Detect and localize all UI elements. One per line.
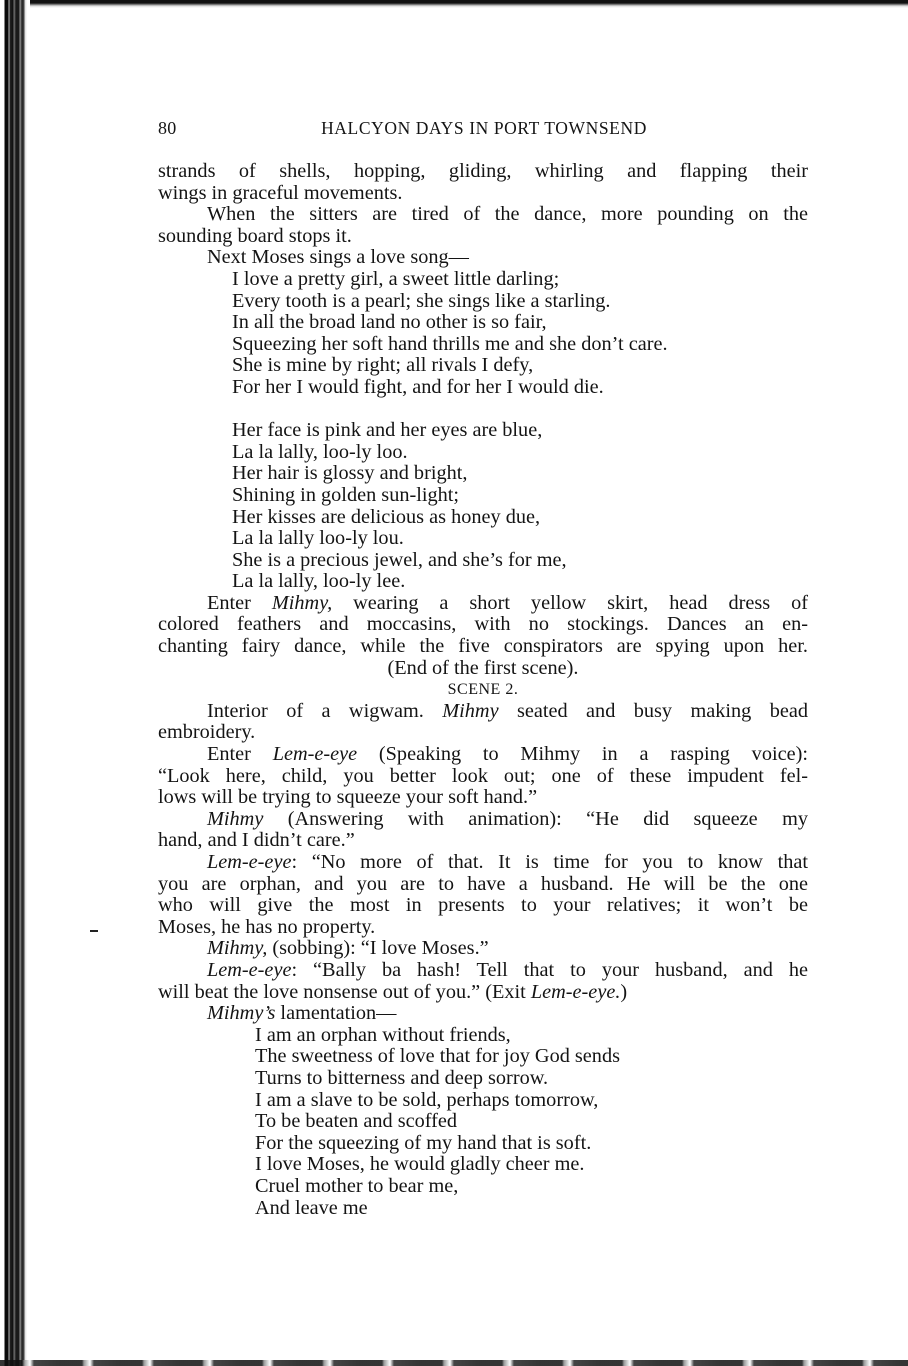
text-run: (Answering with animation): “He did sque… bbox=[263, 808, 808, 830]
text-run: wearing a short yellow skirt, head dress… bbox=[332, 592, 808, 614]
page-body: strands of shells, hopping, gliding, whi… bbox=[158, 161, 808, 1219]
character-name: Mihmy, bbox=[207, 937, 267, 959]
text-run: seated and busy making bead bbox=[499, 700, 808, 722]
verse-line: I am an orphan without friends, bbox=[158, 1025, 808, 1047]
verse-line: Her kisses are delicious as honey due, bbox=[158, 507, 808, 529]
text-line: Enter Lem-e-eye (Speaking to Mihmy in a … bbox=[158, 744, 808, 766]
text-run: Enter bbox=[207, 592, 272, 614]
running-head: 80 HALCYON DAYS IN PORT TOWNSEND bbox=[158, 118, 810, 142]
text-run: : “No more of that. It is time for you t… bbox=[291, 851, 808, 873]
text-line: you are orphan, and you are to have a hu… bbox=[158, 874, 808, 896]
verse-line: I love a pretty girl, a sweet little dar… bbox=[158, 269, 808, 291]
character-name: Lem-e-eye bbox=[207, 959, 291, 981]
verse-line: In all the broad land no other is so fai… bbox=[158, 312, 808, 334]
verse-line: I love Moses, he would gladly cheer me. bbox=[158, 1154, 808, 1176]
scan-bottom-edge bbox=[0, 1360, 908, 1366]
text-line: sounding board stops it. bbox=[158, 226, 808, 248]
verse-line: And leave me bbox=[158, 1198, 808, 1220]
scan-top-edge bbox=[0, 0, 908, 8]
text-line: “Look here, child, you better look out; … bbox=[158, 766, 808, 788]
text-run: (sobbing): “I love Moses.” bbox=[267, 937, 488, 959]
verse-line: For her I would fight, and for her I wou… bbox=[158, 377, 808, 399]
text-run: Enter bbox=[207, 743, 273, 765]
text-run: Interior of a wigwam. bbox=[207, 700, 442, 722]
character-name: Lem-e-eye. bbox=[531, 981, 621, 1003]
text-line: Mihmy (Answering with animation): “He di… bbox=[158, 809, 808, 831]
verse-line: La la lally, loo-ly loo. bbox=[158, 442, 808, 464]
text-line: hand, and I didn’t care.” bbox=[158, 830, 808, 852]
text-line: Lem-e-eye: “Bally ba hash! Tell that to … bbox=[158, 960, 808, 982]
margin-mark bbox=[90, 930, 98, 932]
text-line: When the sitters are tired of the dance,… bbox=[158, 204, 808, 226]
end-of-scene: (End of the first scene). bbox=[158, 658, 808, 680]
text-line: lows will be trying to squeeze your soft… bbox=[158, 787, 808, 809]
text-line: Mihmy’s lamentation— bbox=[158, 1003, 808, 1025]
character-name: Mihmy’s bbox=[207, 1002, 275, 1024]
text-line: Enter Mihmy, wearing a short yellow skir… bbox=[158, 593, 808, 615]
text-line: Next Moses sings a love song— bbox=[158, 247, 808, 269]
text-line: Interior of a wigwam. Mihmy seated and b… bbox=[158, 701, 808, 723]
scan-binding-edge bbox=[0, 0, 30, 1366]
verse-line: To be beaten and scoffed bbox=[158, 1111, 808, 1133]
text-run: : “Bally ba hash! Tell that to your husb… bbox=[291, 959, 808, 981]
character-name: Mihmy, bbox=[272, 592, 332, 614]
verse-line: Squeezing her soft hand thrills me and s… bbox=[158, 334, 808, 356]
verse-line: She is mine by right; all rivals I defy, bbox=[158, 355, 808, 377]
text-run: will beat the love nonsense out of you.”… bbox=[158, 981, 531, 1003]
text-line: who will give the most in presents to yo… bbox=[158, 895, 808, 917]
text-line: colored feathers and moccasins, with no … bbox=[158, 614, 808, 636]
character-name: Lem-e-eye bbox=[273, 743, 357, 765]
text-line: Lem-e-eye: “No more of that. It is time … bbox=[158, 852, 808, 874]
text-line: Mihmy, (sobbing): “I love Moses.” bbox=[158, 938, 808, 960]
verse-line: Turns to bitterness and deep sorrow. bbox=[158, 1068, 808, 1090]
stanza-gap bbox=[158, 399, 808, 421]
verse-line: I am a slave to be sold, perhaps tomorro… bbox=[158, 1090, 808, 1112]
character-name: Mihmy bbox=[207, 808, 263, 830]
running-title: HALCYON DAYS IN PORT TOWNSEND bbox=[158, 118, 810, 139]
song-stanza-2: Her face is pink and her eyes are blue, … bbox=[158, 420, 808, 593]
scene-heading: SCENE 2. bbox=[158, 679, 808, 701]
text-line: wings in graceful movements. bbox=[158, 183, 808, 205]
verse-line: The sweetness of love that for joy God s… bbox=[158, 1046, 808, 1068]
verse-line: For the squeezing of my hand that is sof… bbox=[158, 1133, 808, 1155]
verse-line: Her face is pink and her eyes are blue, bbox=[158, 420, 808, 442]
verse-line: She is a precious jewel, and she’s for m… bbox=[158, 550, 808, 572]
text-line: Moses, he has no property. bbox=[158, 917, 808, 939]
verse-line: Her hair is glossy and bright, bbox=[158, 463, 808, 485]
text-line: embroidery. bbox=[158, 722, 808, 744]
verse-line: Every tooth is a pearl; she sings like a… bbox=[158, 291, 808, 313]
verse-line: La la lally loo-ly lou. bbox=[158, 528, 808, 550]
character-name: Mihmy bbox=[442, 700, 498, 722]
character-name: Lem-e-eye bbox=[207, 851, 291, 873]
verse-line: La la lally, loo-ly lee. bbox=[158, 571, 808, 593]
text-run: ) bbox=[620, 981, 627, 1003]
song-stanza-1: I love a pretty girl, a sweet little dar… bbox=[158, 269, 808, 399]
text-line: will beat the love nonsense out of you.”… bbox=[158, 982, 808, 1004]
lament-verse: I am an orphan without friends, The swee… bbox=[158, 1025, 808, 1219]
text-run: (Speaking to Mihmy in a rasping voice): bbox=[357, 743, 808, 765]
text-run: lamentation— bbox=[275, 1002, 396, 1024]
text-line: chanting fairy dance, while the five con… bbox=[158, 636, 808, 658]
verse-line: Shining in golden sun-light; bbox=[158, 485, 808, 507]
verse-line: Cruel mother to bear me, bbox=[158, 1176, 808, 1198]
text-line: strands of shells, hopping, gliding, whi… bbox=[158, 161, 808, 183]
